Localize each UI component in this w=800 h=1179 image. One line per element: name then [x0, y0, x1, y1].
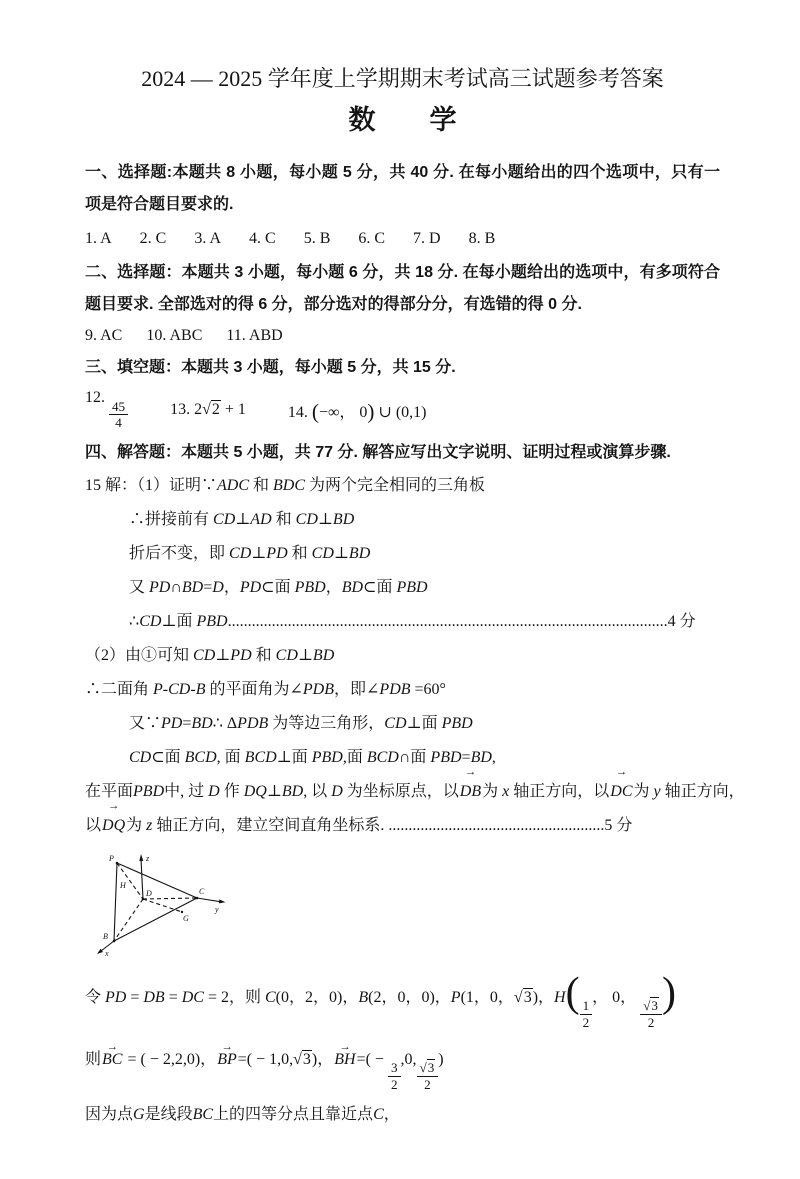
answer-item-5: 5. B: [304, 226, 331, 252]
label-y: y: [214, 905, 219, 914]
solution-line-coordinates: 令 PD = DB = DC = 2，则 C(0，2，0)，B(2，0，0)，P…: [85, 973, 720, 1043]
answer-item-12: 12. 454: [85, 389, 128, 430]
point-P: [116, 862, 119, 865]
section-2-heading: 二、选择题：本题共 3 小题，每小题 6 分，共 18 分. 在每小题给出的选项…: [85, 257, 720, 321]
solution-line-part2-start: （2）由①可知 CD⊥PD 和 CD⊥BD: [85, 639, 720, 673]
answer-item-1: 1. A: [85, 226, 112, 252]
solution-line-coordinate-setup: 在平面PBD中, 过 D 作 DQ⊥BD, 以 D 为坐标原点，以→DB为 x …: [85, 775, 720, 809]
section-4-heading: 四、解答题：本题共 5 小题，共 77 分. 解答应写出文字说明、证明过程或演算…: [85, 437, 720, 469]
answer-item-3: 3. A: [194, 226, 221, 252]
label-x: x: [104, 949, 109, 958]
answer-sheet-page: 2024 — 2025 学年度上学期期末考试高三试题参考答案 数 学 一、选择题…: [0, 0, 800, 1179]
label-G: G: [183, 914, 189, 923]
answer-item-6: 6. C: [358, 226, 385, 252]
label-P: P: [108, 854, 114, 863]
solution-line-after-fold: 折后不变，即 CD⊥PD 和 CD⊥BD: [85, 537, 720, 571]
solution-line-point-G: 因为点G是线段BC上的四等分点且靠近点C，: [85, 1098, 720, 1132]
answer-item-11: 11. ABD: [226, 323, 282, 348]
z-axis-arrow: [139, 854, 143, 861]
edge-DC-dashed: [143, 898, 197, 899]
label-D: D: [145, 889, 152, 898]
fill-blank-answers: 12. 454 13. 2√2 + 1 14. (−∞， 0) ∪ (0,1): [85, 388, 720, 432]
solution-line-before-fold: ∴拼接前有 CD⊥AD 和 CD⊥BD: [85, 503, 720, 537]
section-1-heading: 一、选择题:本题共 8 小题，每小题 5 分，共 40 分. 在每小题给出的四个…: [85, 157, 720, 221]
point-B: [113, 940, 116, 943]
label-C: C: [199, 887, 205, 896]
point-D: [142, 898, 145, 901]
answer-item-14: 14. (−∞， 0) ∪ (0,1): [288, 399, 427, 422]
point-G: [181, 911, 183, 913]
solution-line-conclusion-4pts: ∴CD⊥面 PBD...............................…: [85, 605, 720, 639]
label-B: B: [103, 932, 108, 941]
solution-line-vectors: 则→BC = ( − 2,2,0)，→BP=( − 1,0,√3)，→BH=( …: [85, 1043, 720, 1098]
label-z: z: [145, 854, 150, 863]
answer-item-13: 13. 2√2 + 1: [170, 401, 246, 419]
figure-3d-tetrahedron: P z H D C y G B x: [93, 851, 253, 971]
answer-item-8: 8. B: [469, 226, 496, 252]
solution-line-intersection: 又 PD∩BD=D，PD⊂面 PBD，BD⊂面 PBD: [85, 571, 720, 605]
label-H: H: [119, 881, 127, 890]
edge-DB-dashed: [114, 899, 143, 941]
answer-item-10: 10. ABC: [146, 323, 202, 348]
solution-line-equilateral: 又∵PD=BD∴ ΔPDB 为等边三角形，CD⊥面 PBD: [85, 707, 720, 741]
single-choice-answers: 1. A 2. C 3. A 4. C 5. B 6. C 7. D 8. B: [85, 226, 720, 252]
edge-DG-dashed: [143, 899, 182, 912]
subject-title: 数 学: [85, 103, 720, 137]
answer-item-4: 4. C: [249, 226, 276, 252]
axis-y: [197, 898, 221, 902]
axis-z: [141, 859, 143, 899]
solution-line-proof-intro: 15 解：（1）证明∵ADC 和 BDC 为两个完全相同的三角板: [85, 469, 720, 503]
answer-item-9: 9. AC: [85, 323, 122, 348]
point-C: [196, 897, 199, 900]
answer-item-7: 7. D: [413, 226, 441, 252]
section-3-heading: 三、填空题：本题共 3 小题，每小题 5 分，共 15 分.: [85, 353, 720, 382]
answer-item-2: 2. C: [140, 226, 167, 252]
solution-line-dihedral-angle: ∴二面角 P-CD-B 的平面角为∠PDB，即∠PDB =60°: [85, 673, 720, 707]
multi-choice-answers: 9. AC 10. ABC 11. ABD: [85, 323, 720, 348]
edge-PB: [114, 863, 117, 941]
solution-line-axes-5pts: 以→DQ为 z 轴正方向，建立空间直角坐标系. ................…: [85, 809, 720, 843]
y-axis-arrow: [219, 899, 226, 903]
document-title: 2024 — 2025 学年度上学期期末考试高三试题参考答案: [85, 64, 720, 94]
